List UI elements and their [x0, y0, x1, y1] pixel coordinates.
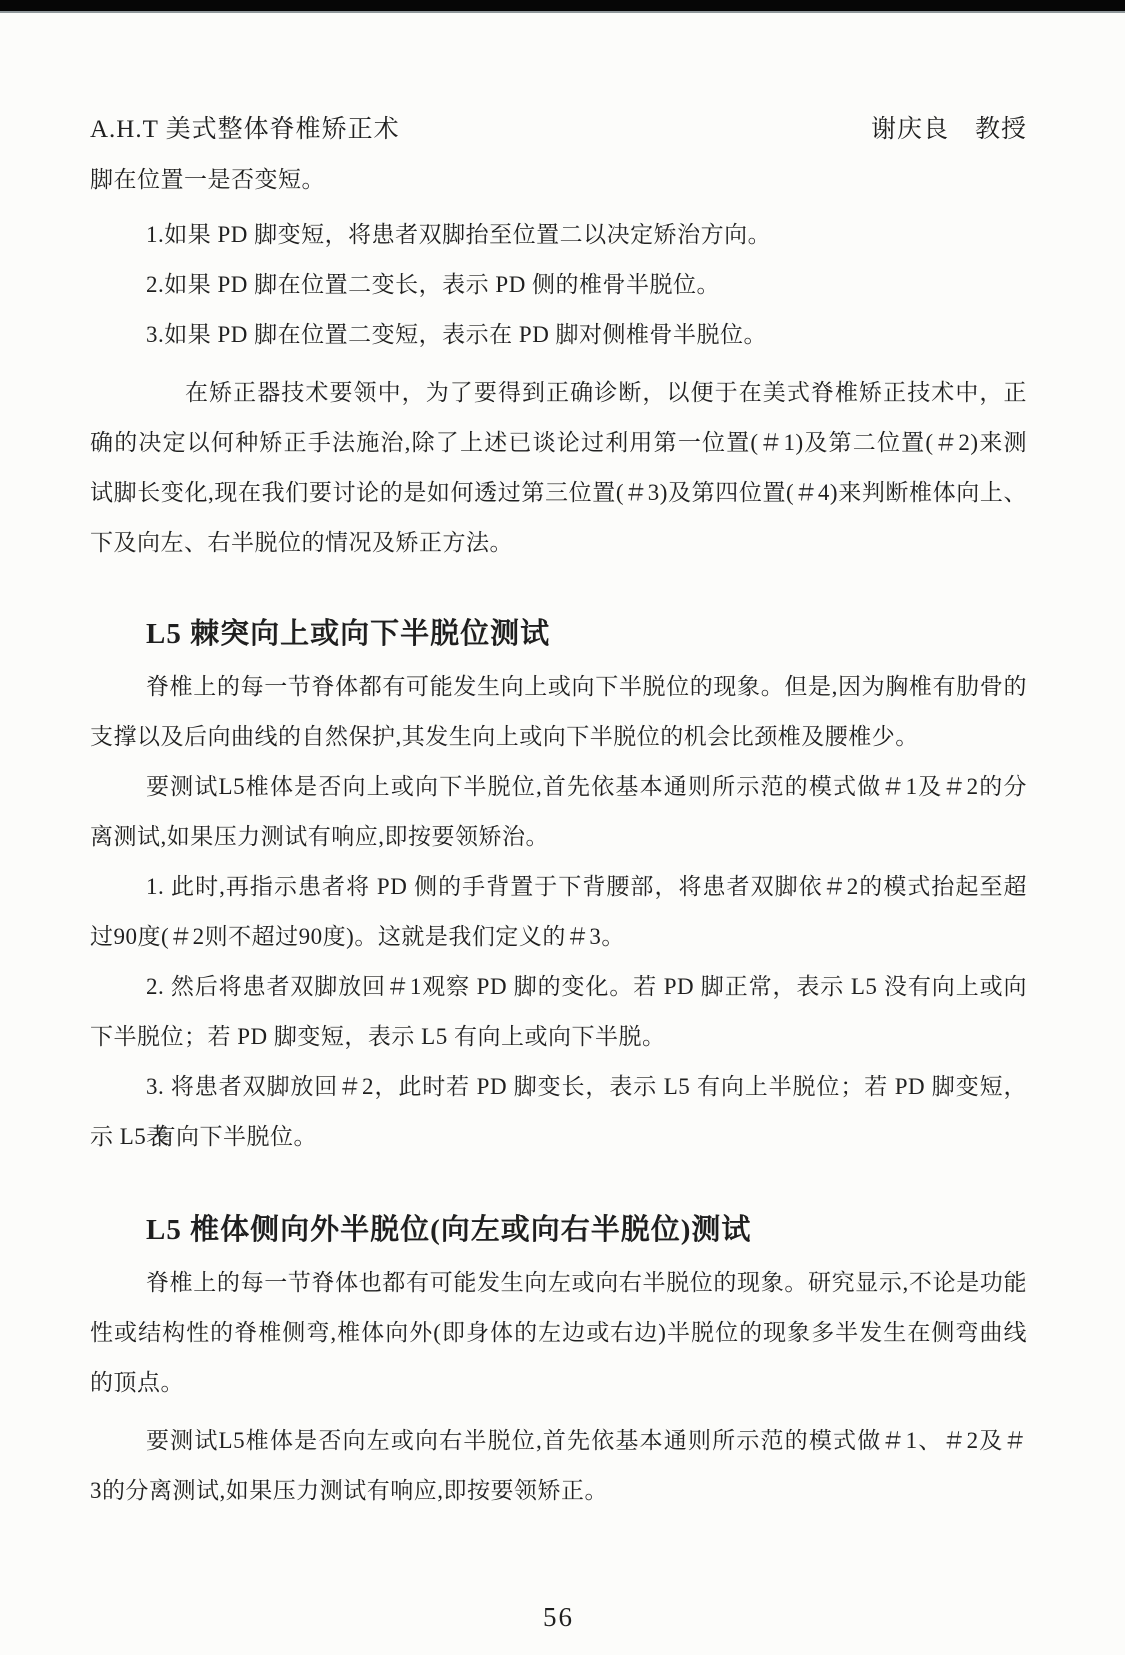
- text-line: 的顶点。: [90, 1358, 1027, 1408]
- section-heading: L5 椎体侧向外半脱位(向左或向右半脱位)测试: [90, 1202, 1027, 1258]
- list-item: 2.如果 PD 脚在位置二变长，表示 PD 侧的椎骨半脱位。: [90, 260, 1027, 310]
- text-line: 脊椎上的每一节脊体也都有可能发生向左或向右半脱位的现象。研究显示,不论是功能: [90, 1258, 1027, 1308]
- text-line: 支撑以及后向曲线的自然保护,其发生向上或向下半脱位的机会比颈椎及腰椎少。: [90, 712, 1027, 762]
- text-line: 要测试L5椎体是否向上或向下半脱位,首先依基本通则所示范的模式做＃1及＃2的分: [90, 762, 1027, 812]
- author-credit: 谢庆良 教授: [871, 105, 1027, 155]
- page-header: A.H.T 美式整体脊椎矫正术 谢庆良 教授: [90, 105, 1027, 155]
- text-line: 脊椎上的每一节脊体都有可能发生向上或向下半脱位的现象。但是,因为胸椎有肋骨的: [90, 662, 1027, 712]
- list-item: 1.如果 PD 脚变短，将患者双脚抬至位置二以决定矫治方向。: [90, 210, 1027, 260]
- text-line: 离测试,如果压力测试有响应,即按要领矫治。: [90, 812, 1027, 862]
- text-line: 示 L5 有向下半脱位。: [90, 1112, 1027, 1162]
- text-line: 确的决定以何种矫正手法施治,除了上述已谈论过利用第一位置(＃1)及第二位置(＃2…: [90, 418, 1027, 468]
- scan-edge-top: [0, 0, 1125, 13]
- section-heading: L5 棘突向上或向下半脱位测试: [90, 606, 1027, 662]
- list-item: 3. 将患者双脚放回＃2，此时若 PD 脚变长，表示 L5 有向上半脱位；若 P…: [90, 1062, 1027, 1112]
- text-line: 在矫正器技术要领中，为了要得到正确诊断，以便于在美式脊椎矫正技术中，正: [90, 368, 1027, 418]
- text-line: 过90度(＃2则不超过90度)。这就是我们定义的＃3。: [90, 912, 1027, 962]
- list-item: 2. 然后将患者双脚放回＃1观察 PD 脚的变化。若 PD 脚正常，表示 L5 …: [90, 962, 1027, 1012]
- scanned-page: A.H.T 美式整体脊椎矫正术 谢庆良 教授 脚在位置一是否变短。 1.如果 P…: [0, 0, 1125, 1655]
- text-line: 脚在位置一是否变短。: [90, 155, 1027, 205]
- text-line: 要测试L5椎体是否向左或向右半脱位,首先依基本通则所示范的模式做＃1、＃2及＃: [90, 1416, 1027, 1466]
- text-line: 性或结构性的脊椎侧弯,椎体向外(即身体的左边或右边)半脱位的现象多半发生在侧弯曲…: [90, 1308, 1027, 1358]
- text-line: 下半脱位；若 PD 脚变短，表示 L5 有向上或向下半脱。: [90, 1012, 1027, 1062]
- running-title: A.H.T 美式整体脊椎矫正术: [90, 105, 400, 155]
- page-number: 56: [90, 1592, 1027, 1642]
- text-line: 试脚长变化,现在我们要讨论的是如何透过第三位置(＃3)及第四位置(＃4)来判断椎…: [90, 468, 1027, 518]
- text-line: 下及向左、右半脱位的情况及矫正方法。: [90, 518, 1027, 568]
- list-item: 1. 此时,再指示患者将 PD 侧的手背置于下背腰部，将患者双脚依＃2的模式抬起…: [90, 862, 1027, 912]
- page-content: A.H.T 美式整体脊椎矫正术 谢庆良 教授 脚在位置一是否变短。 1.如果 P…: [0, 105, 1125, 1642]
- list-item: 3.如果 PD 脚在位置二变短，表示在 PD 脚对侧椎骨半脱位。: [90, 310, 1027, 360]
- text-line: 3的分离测试,如果压力测试有响应,即按要领矫正。: [90, 1466, 1027, 1516]
